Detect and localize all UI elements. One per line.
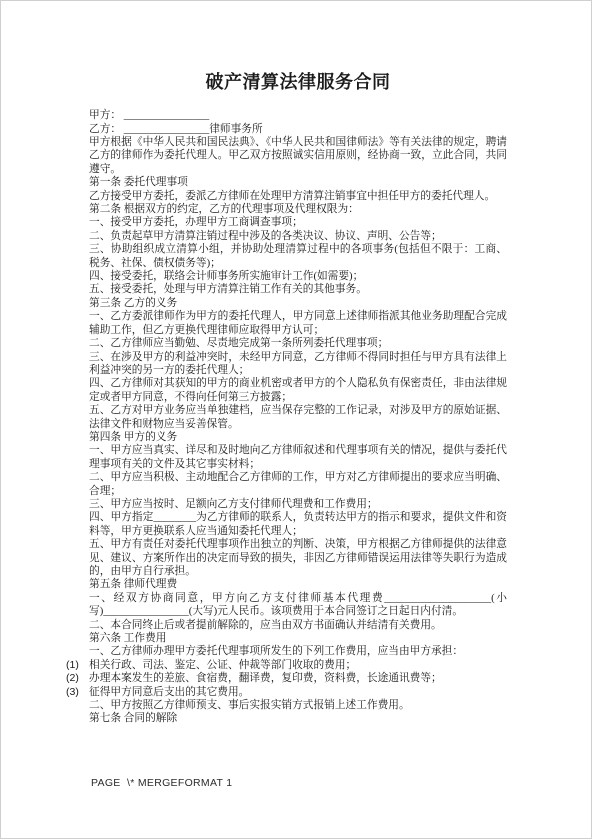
clause-heading-4: 第四条 甲方的义务 <box>89 431 507 444</box>
expense-item-number: (1) <box>66 659 79 672</box>
clause-item: 二、本合同终止后或者提前解除的，应当由双方书面确认并结清有关费用。 <box>89 619 507 632</box>
numbered-expense-item: (2) 办理本案发生的差旅、食宿费，翻译费，复印费，资料费，长途通讯费等； <box>89 672 507 685</box>
clause-item: 一、接受甲方委托，办理甲方工商调查事项； <box>89 216 507 229</box>
clause-item: 三、在涉及甲方的利益冲突时，未经甲方同意，乙方律师不得同时担任与甲方具有法律上利… <box>89 351 507 378</box>
expense-item-text: 相关行政、司法、鉴定、公证、仲裁等部门收取的费用； <box>89 659 356 671</box>
clause-heading-5: 第五条 律师代理费 <box>89 578 507 591</box>
numbered-expense-item: (1) 相关行政、司法、鉴定、公证、仲裁等部门收取的费用； <box>89 659 507 672</box>
clause-item: 二、乙方律师应当勤勉、尽责地完成第一条所列委托代理事项； <box>89 337 507 350</box>
party-a-line: 甲方： ________________ <box>89 109 507 123</box>
clause-item: 四、乙方律师对其获知的甲方的商业机密或者甲方的个人隐私负有保密责任，非由法律规定… <box>89 377 507 404</box>
clause-item: 一、甲方应当真实、详尽和及时地向乙方律师叙述和代理事项有关的情况，提供与委托代理… <box>89 444 507 471</box>
clause-item: 三、协助组织成立清算小组，并协助处理清算过程中的各项事务(包括但不限于：工商、税… <box>89 243 507 270</box>
document-title: 破产清算法律服务合同 <box>89 71 507 93</box>
expense-item-text: 征得甲方同意后支出的其它费用。 <box>89 686 249 698</box>
document-body: 破产清算法律服务合同 甲方： ________________ 乙方： ____… <box>89 71 507 726</box>
clause-item: 五、甲方有责任对委托代理事项作出独立的判断、决策，甲方根据乙方律师提供的法律意见… <box>89 538 507 578</box>
clause-item: 一、乙方委派律师作为甲方的委托代理人，甲方同意上述律师指派其他业务助理配合完成辅… <box>89 310 507 337</box>
clause-item: 二、负责起草甲方清算注销过程中涉及的各类决议、协议、声明、公告等； <box>89 230 507 243</box>
expense-item-number: (3) <box>66 686 79 699</box>
clause-item: 五、乙方对甲方业务应当单独建档，应当保存完整的工作记录，对涉及甲方的原始证据、法… <box>89 404 507 431</box>
clause-heading-6: 第六条 工作费用 <box>89 632 507 645</box>
clause-heading-2: 第二条 根据双方的约定，乙方的代理事项及代理权限为： <box>89 203 507 216</box>
numbered-expense-item: (3) 征得甲方同意后支出的其它费用。 <box>89 686 507 699</box>
clause-item: 四、甲方指定________为乙方律师的联系人，负责转达甲方的指示和要求，提供文… <box>89 511 507 538</box>
expense-item-number: (2) <box>66 672 79 685</box>
clause-item-fee-blank: 一、经双方协商同意，甲方向乙方支付律师基本代理费________________… <box>89 592 507 619</box>
intro-paragraph: 甲方根据《中华人民共和国民法典》、《中华人民共和国律师法》等有关法律的规定，聘请… <box>89 136 507 176</box>
clause-item: 四、接受委托，联络会计师事务所实施审计工作(如需要)； <box>89 270 507 283</box>
clause-item: 三、甲方应当按时、足额向乙方支付律师代理费和工作费用； <box>89 498 507 511</box>
clause-heading-1: 第一条 委托代理事项 <box>89 176 507 189</box>
clause-heading-3: 第三条 乙方的义务 <box>89 297 507 310</box>
clause-item: 二、甲方按照乙方律师预支、事后实报实销方式报销上述工作费用。 <box>89 699 507 712</box>
clause-text: 乙方接受甲方委托，委派乙方律师在处理甲方清算注销事宜中担任甲方的委托代理人。 <box>89 190 507 203</box>
contract-document-page: 破产清算法律服务合同 甲方： ________________ 乙方： ____… <box>0 0 592 839</box>
clause-item: 二、甲方应当积极、主动地配合乙方律师的工作，甲方对乙方律师提出的要求应当明确、合… <box>89 471 507 498</box>
expense-item-text: 办理本案发生的差旅、食宿费，翻译费，复印费，资料费，长途通讯费等； <box>89 672 442 684</box>
clause-heading-7: 第七条 合同的解除 <box>89 712 507 725</box>
clause-item: 五、接受委托，处理与甲方清算注销工作有关的其他事务。 <box>89 283 507 296</box>
party-b-line: 乙方： ________________律师事务所 <box>89 123 507 137</box>
page-number-field: PAGE \* MERGEFORMAT 1 <box>91 777 232 789</box>
clause-item: 一、乙方律师办理甲方委托代理事项所发生的下列工作费用，应当由甲方承担： <box>89 645 507 658</box>
